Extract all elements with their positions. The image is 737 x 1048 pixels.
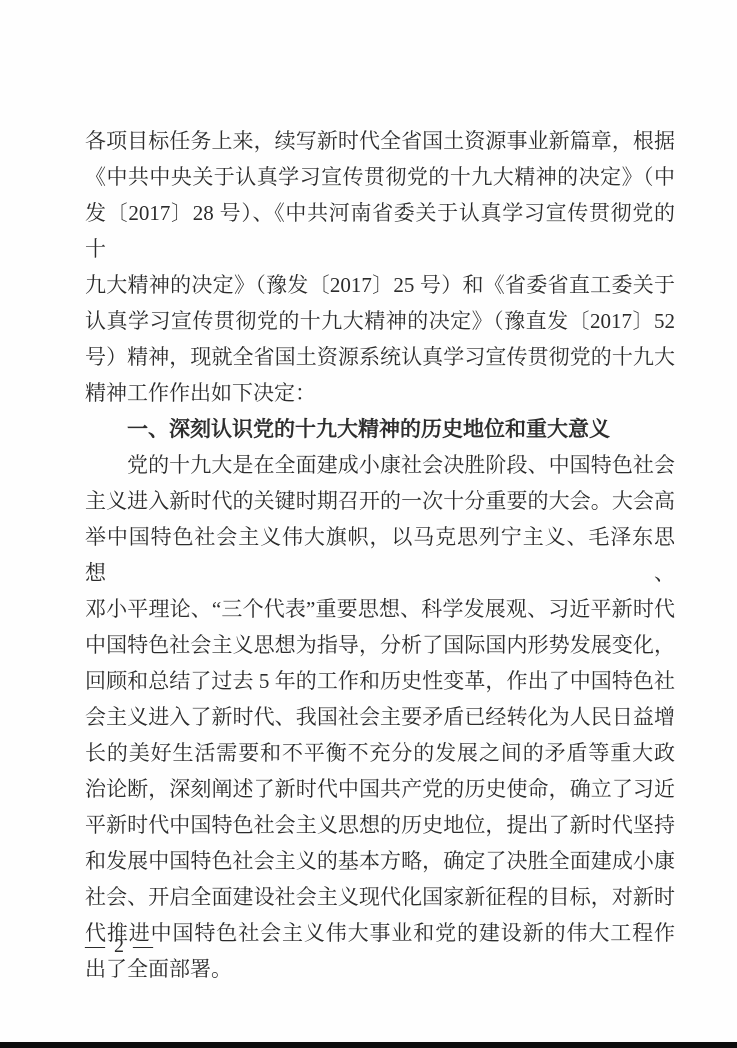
text-line: 长的美好生活需要和不平衡不充分的发展之间的矛盾等重大政 xyxy=(85,735,675,771)
text-line: 治论断，深刻阐述了新时代中国共产党的历史使命，确立了习近 xyxy=(85,771,675,807)
text-line: 代推进中国特色社会主义伟大事业和党的建设新的伟大工程作 xyxy=(85,915,675,951)
text-line: 和发展中国特色社会主义的基本方略，确定了决胜全面建成小康 xyxy=(85,843,675,879)
text-line: 主义进入新时代的关键时期召开的一次十分重要的大会。大会高 xyxy=(85,483,675,519)
section-heading: 一、深刻认识党的十九大精神的历史地位和重大意义 xyxy=(85,411,675,447)
text-line: 邓小平理论、“三个代表”重要思想、科学发展观、习近平新时代 xyxy=(85,591,675,627)
text-line: 各项目标任务上来，续写新时代全省国土资源事业新篇章，根据 xyxy=(85,123,675,159)
text-line: 会主义进入了新时代、我国社会主要矛盾已经转化为人民日益增 xyxy=(85,699,675,735)
paragraph: 各项目标任务上来，续写新时代全省国土资源事业新篇章，根据《中共中央关于认真学习宣… xyxy=(85,123,675,411)
text-line: 号）精神，现就全省国土资源系统认真学习宣传贯彻党的十九大 xyxy=(85,339,675,375)
page-number: — 2 — xyxy=(85,932,155,960)
text-line: 一、深刻认识党的十九大精神的历史地位和重大意义 xyxy=(85,411,675,447)
paragraph: 党的十九大是在全面建成小康社会决胜阶段、中国特色社会主义进入新时代的关键时期召开… xyxy=(85,447,675,987)
text-line: 中国特色社会主义思想为指导，分析了国际国内形势发展变化， xyxy=(85,627,675,663)
text-line: 社会、开启全面建设社会主义现代化国家新征程的目标，对新时 xyxy=(85,879,675,915)
text-line: 出了全面部署。 xyxy=(85,951,675,987)
text-line: 举中国特色社会主义伟大旗帜，以马克思列宁主义、毛泽东思想、 xyxy=(85,519,675,591)
text-line: 精神工作作出如下决定： xyxy=(85,375,675,411)
text-line: 党的十九大是在全面建成小康社会决胜阶段、中国特色社会 xyxy=(85,447,675,483)
text-line: 九大精神的决定》（豫发〔2017〕25 号）和《省委省直工委关于 xyxy=(85,267,675,303)
text-line: 平新时代中国特色社会主义思想的历史地位，提出了新时代坚持 xyxy=(85,807,675,843)
document-body: 各项目标任务上来，续写新时代全省国土资源事业新篇章，根据《中共中央关于认真学习宣… xyxy=(85,123,675,987)
text-line: 《中共中央关于认真学习宣传贯彻党的十九大精神的决定》（中 xyxy=(85,159,675,195)
text-line: 发〔2017〕28 号）、《中共河南省委关于认真学习宣传贯彻党的十 xyxy=(85,195,675,267)
text-line: 认真学习宣传贯彻党的十九大精神的决定》（豫直发〔2017〕52 xyxy=(85,303,675,339)
scan-bottom-edge xyxy=(0,1042,737,1048)
document-page: 各项目标任务上来，续写新时代全省国土资源事业新篇章，根据《中共中央关于认真学习宣… xyxy=(0,0,737,1048)
text-line: 回顾和总结了过去 5 年的工作和历史性变革，作出了中国特色社 xyxy=(85,663,675,699)
